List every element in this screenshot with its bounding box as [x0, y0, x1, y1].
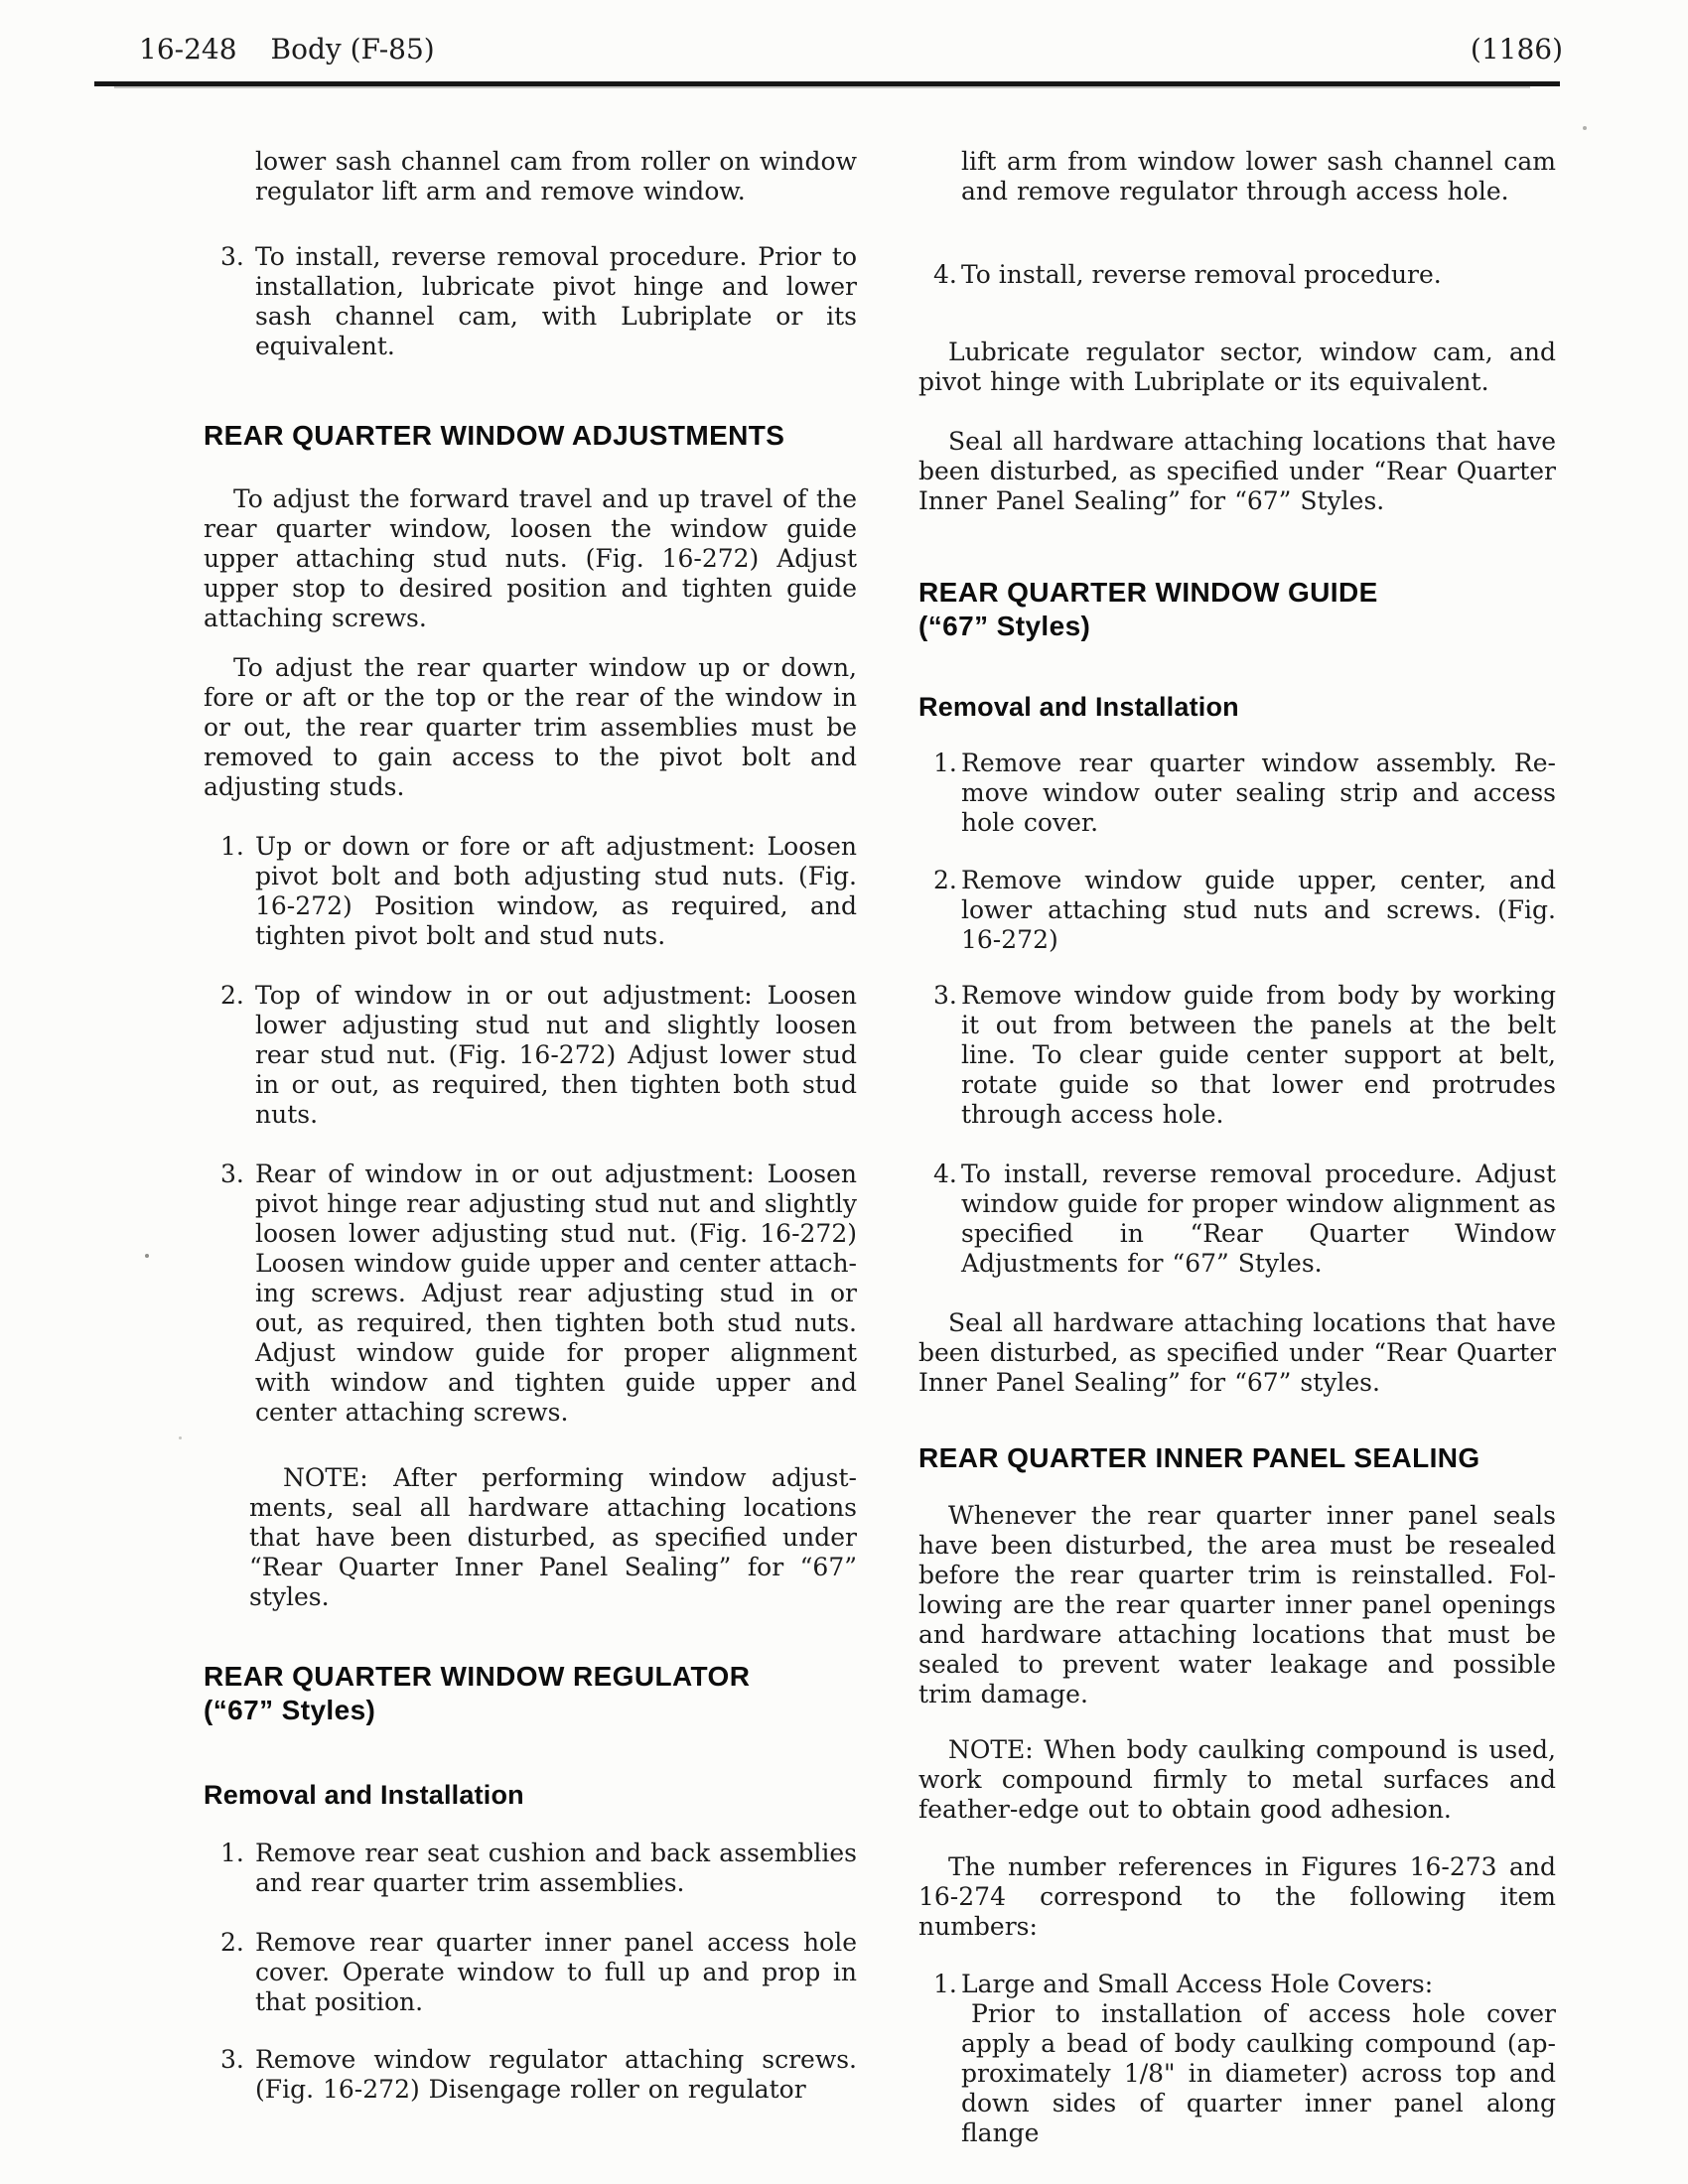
page-section-title: Body (F-85)	[271, 34, 435, 66]
list-item-body: Prior to installation of access hole cov…	[961, 1999, 1556, 2148]
list-item-text: Rear of window in or out adjustment: Loo…	[255, 1160, 857, 1428]
section-heading-window-regulator: REAR QUARTER WINDOW REGULATOR (“67” Styl…	[204, 1660, 857, 1727]
right-column: lift arm from window lower sash channel …	[918, 147, 1556, 2148]
heading-line: REAR QUARTER WINDOW GUIDE	[918, 576, 1556, 610]
list-item: 3. Remove window guide from body by work…	[918, 981, 1556, 1130]
list-item: 4. To install, reverse removal procedure…	[918, 1160, 1556, 1279]
list-item-number: 1.	[933, 749, 957, 778]
paragraph-continuation: lower sash channel cam from roller on wi…	[204, 147, 857, 206]
list-item: 1. Remove rear seat cushion and back ass…	[204, 1839, 857, 1898]
list-item-number: 1.	[933, 1970, 957, 1999]
list-item-title: Large and Small Access Hole Covers:	[961, 1970, 1556, 1999]
note-paragraph: NOTE: After performing window adjust­men…	[204, 1463, 857, 1612]
note-paragraph: NOTE: When body caulking compound is use…	[918, 1735, 1556, 1825]
section-heading-window-guide: REAR QUARTER WINDOW GUIDE (“67” Styles)	[918, 576, 1556, 643]
scan-speck	[1583, 126, 1587, 130]
list-item: 1. Large and Small Access Hole Covers: P…	[918, 1970, 1556, 2148]
subsection-heading-removal: Removal and Installation	[918, 691, 1556, 723]
list-item-number: 1.	[220, 1839, 244, 1868]
list-item: 2. Top of window in or out adjustment: L…	[204, 981, 857, 1130]
page-number: (1186)	[1471, 34, 1563, 66]
list-item-text: Remove window regulator attaching screws…	[255, 2045, 857, 2105]
paragraph-continuation: lift arm from window lower sash channel …	[918, 147, 1556, 206]
manual-page: 16-248 Body (F-85) (1186) lower sash cha…	[0, 0, 1688, 2184]
list-item-number: 2.	[220, 981, 244, 1011]
section-heading-window-adjustments: REAR QUARTER WINDOW ADJUSTMENTS	[204, 419, 857, 453]
list-item: 3. Rear of window in or out adjustment: …	[204, 1160, 857, 1428]
paragraph: To adjust the rear quarter window up or …	[204, 653, 857, 802]
running-header: 16-248 Body (F-85) (1186)	[139, 34, 1563, 66]
list-item-text: To install, reverse removal procedure. P…	[255, 242, 857, 361]
header-left-group: 16-248 Body (F-85)	[139, 34, 435, 66]
list-item-text: Remove window guide upper, center, and l…	[961, 866, 1556, 955]
list-item-text: Large and Small Access Hole Covers: Prio…	[961, 1970, 1556, 2148]
list-item-text: Remove window guide from body by work­in…	[961, 981, 1556, 1130]
list-item-number: 1.	[220, 832, 244, 862]
list-item-text: Top of window in or out adjustment: Loos…	[255, 981, 857, 1130]
paragraph: The number references in Figures 16-273 …	[918, 1852, 1556, 1942]
list-item: 3. Remove window regulator attaching scr…	[204, 2045, 857, 2105]
header-rule	[94, 81, 1560, 86]
list-item-text: Remove rear quarter window assembly. Re­…	[961, 749, 1556, 838]
page-section-number: 16-248	[139, 34, 237, 66]
list-item: 1. Up or down or fore or aft adjustment:…	[204, 832, 857, 951]
list-item-number: 4.	[933, 1160, 957, 1189]
list-item: 1. Remove rear quarter window assembly. …	[918, 749, 1556, 838]
list-item-number: 3.	[933, 981, 957, 1011]
list-item-number: 2.	[220, 1928, 244, 1958]
list-item-text: Remove rear quarter inner panel access h…	[255, 1928, 857, 2017]
list-item: 2. Remove window guide upper, center, an…	[918, 866, 1556, 955]
list-item-text: To install, reverse removal procedure. A…	[961, 1160, 1556, 1279]
subsection-heading-removal: Removal and Installation	[204, 1779, 857, 1811]
paragraph: Seal all hardware attaching locations th…	[918, 427, 1556, 516]
heading-line: (“67” Styles)	[204, 1694, 857, 1727]
list-item-number: 3.	[220, 2045, 244, 2075]
list-item-number: 3.	[220, 242, 244, 272]
section-heading-inner-panel-sealing: REAR QUARTER INNER PANEL SEALING	[918, 1441, 1556, 1475]
paragraph: Lubricate regulator sector, window cam, …	[918, 338, 1556, 397]
list-item-number: 4.	[933, 260, 957, 290]
list-item-number: 2.	[933, 866, 957, 895]
list-item: 3. To install, reverse removal procedure…	[204, 242, 857, 361]
heading-line: REAR QUARTER WINDOW REGULATOR	[204, 1660, 857, 1694]
list-item: 4. To install, reverse removal procedure…	[918, 260, 1556, 290]
paragraph: Seal all hardware attaching locations th…	[918, 1308, 1556, 1398]
paragraph: To adjust the forward travel and up trav…	[204, 484, 857, 633]
paragraph: Whenever the rear quarter inner panel se…	[918, 1501, 1556, 1709]
scan-speck	[179, 1436, 182, 1439]
left-column: lower sash channel cam from roller on wi…	[204, 147, 857, 2105]
heading-line: (“67” Styles)	[918, 610, 1556, 643]
list-item-text: Up or down or fore or aft adjustment: Lo…	[255, 832, 857, 951]
list-item: 2. Remove rear quarter inner panel acces…	[204, 1928, 857, 2017]
list-item-text: To install, reverse removal procedure.	[961, 260, 1556, 290]
scan-speck	[145, 1254, 149, 1258]
list-item-text: Remove rear seat cushion and back assem­…	[255, 1839, 857, 1898]
list-item-number: 3.	[220, 1160, 244, 1189]
